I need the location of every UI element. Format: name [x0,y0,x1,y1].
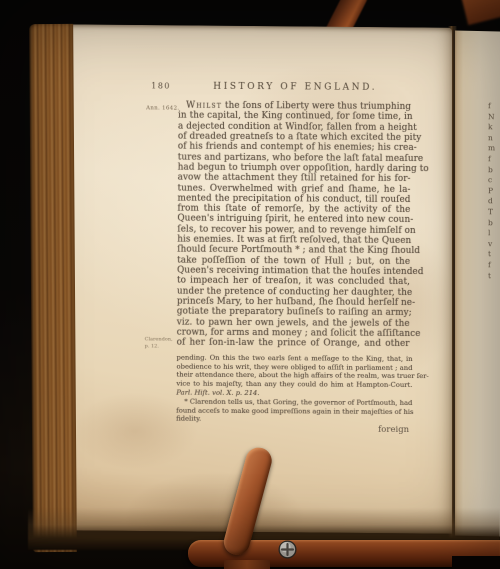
opening-word: Whilst [186,101,222,111]
photograph-of-open-book: f N k n m f b c P d T b l v t f t 180 HI… [0,0,500,569]
catchword: foreign [329,424,409,434]
margin-note-year: Ann. 1642. [146,105,179,111]
body-line: avow the attachment they ſtill retained … [178,173,411,185]
screw-head [278,540,297,559]
margin-note-citation: Clarendon, p. 12. [145,336,173,349]
stand-shadow-gap [452,556,500,569]
body-text: Whilst the ſons of Liberty were thus tri… [177,101,412,350]
book-stand-leg [224,560,270,569]
running-header: HISTORY OF ENGLAND. [177,82,413,93]
footnote-continuation: pending. On this the two earls ſent a me… [176,354,412,399]
body-line: of her ſon-in-law the prince of Orange, … [177,338,410,350]
page-number: 180 [151,81,171,90]
footnote-line: fidelity. [176,415,412,425]
footnote-asterisk: * Clarendon tells us, that Goring, the g… [176,398,412,426]
